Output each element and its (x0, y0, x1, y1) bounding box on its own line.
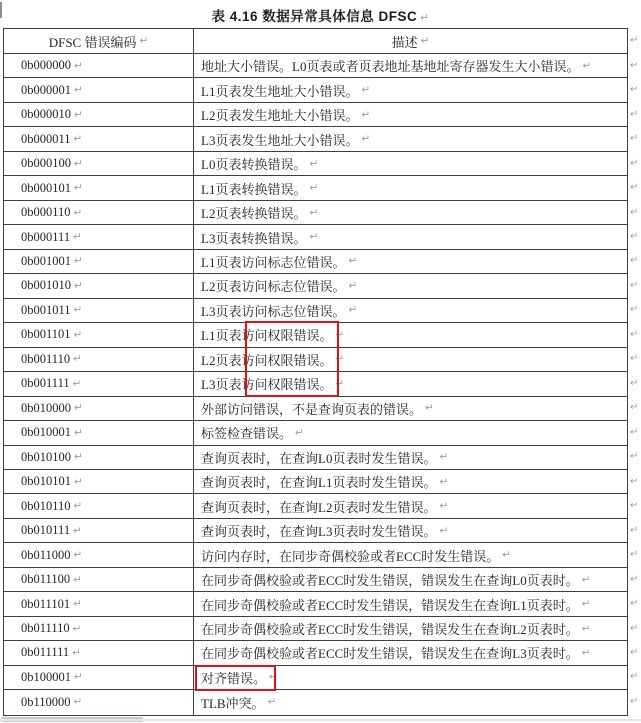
paragraph-mark: ↵ (73, 525, 82, 537)
row-end-mark: ↵ (630, 445, 641, 469)
cell-dfsc-code: 0b000010↵ (4, 103, 194, 126)
cell-dfsc-code: 0b010000↵ (4, 397, 194, 420)
paragraph-mark: ↵ (74, 60, 83, 72)
paragraph-mark: ↵ (439, 476, 448, 488)
row-end-mark: ↵ (630, 542, 641, 566)
table-row: 0b000011↵ L3页表发生地址大小错误。↵ (4, 127, 627, 151)
paragraph-mark: ↵ (74, 671, 83, 683)
cell-description: 在同步奇偶校验或者ECC时发生错误，错误发生在查询L1页表时。↵ (194, 592, 627, 615)
row-end-mark: ↵ (630, 102, 641, 126)
table-row: 0b010111↵ 查询页表时，在查询L3页表时发生错误。↵ (4, 519, 627, 543)
row-end-mark: ↵ (630, 151, 641, 175)
header-label-code: DFSC 错误编码 (49, 32, 137, 51)
table-row: 0b010000↵ 外部访问错误，不是查询页表的错误。↵ (4, 397, 627, 421)
cell-description: L2页表访问标志位错误。↵ (194, 274, 627, 297)
dfsc-code: 0b011111 (21, 645, 69, 660)
paragraph-mark: ↵ (74, 402, 83, 414)
cell-dfsc-code: 0b000000↵ (4, 54, 194, 77)
cell-description: L1页表发生地址大小错误。↵ (194, 78, 627, 101)
highlight-box-alignment-error (195, 665, 276, 691)
dfsc-code: 0b010000 (21, 401, 71, 416)
paragraph-mark: ↵ (73, 353, 82, 365)
dfsc-code: 0b010111 (21, 523, 70, 538)
cell-dfsc-code: 0b010100↵ (4, 446, 194, 469)
table-header-row: DFSC 错误编码↵ 描述↵ (4, 29, 627, 54)
header-label-description: 描述 (392, 32, 418, 51)
table-row: 0b001011↵ L3页表访问标志位错误。↵ (4, 299, 627, 323)
cell-dfsc-code: 0b001011↵ (4, 299, 194, 322)
table-row: 0b010110↵ 查询页表时，在查询L2页表时发生错误。↵ (4, 494, 627, 518)
dfsc-code: 0b001011 (21, 303, 71, 318)
cell-description: L3页表转换错误。↵ (194, 225, 627, 248)
table-row: 0b011100↵ 在同步奇偶校验或者ECC时发生错误，错误发生在查询L0页表时… (4, 568, 627, 592)
paragraph-mark: ↵ (74, 255, 83, 267)
row-end-marks-column: ↵↵↵↵↵↵↵↵↵↵↵↵↵↵↵↵↵↵↵↵↵↵↵↵↵↵↵↵ (630, 28, 641, 714)
paragraph-mark: ↵ (582, 647, 591, 659)
table-row: 0b000010↵ L2页表发生地址大小错误。↵ (4, 103, 627, 127)
table-row: 0b100001↵ 对齐错误。↵ (4, 666, 627, 690)
cell-dfsc-code: 0b000100↵ (4, 152, 194, 175)
cell-description: L2页表发生地址大小错误。↵ (194, 103, 627, 126)
table-row: 0b001001↵ L1页表访问标志位错误。↵ (4, 250, 627, 274)
dfsc-code: 0b000111 (21, 230, 70, 245)
paragraph-mark: ↵ (73, 598, 82, 610)
row-end-mark: ↵ (630, 689, 641, 713)
cell-dfsc-code: 0b011110↵ (4, 617, 194, 640)
paragraph-mark: ↵ (502, 549, 511, 561)
paragraph-mark: ↵ (309, 182, 318, 194)
row-end-mark: ↵ (630, 640, 641, 664)
paragraph-mark: ↵ (309, 207, 318, 219)
paragraph-mark: ↵ (439, 525, 448, 537)
paragraph-mark: ↵ (74, 549, 83, 561)
dfsc-description: 在同步奇偶校验或者ECC时发生错误，错误发生在查询L0页表时。 (201, 570, 579, 589)
dfsc-description: L1页表发生地址大小错误。 (201, 81, 358, 100)
paragraph-mark: ↵ (73, 623, 82, 635)
cell-dfsc-code: 0b010101↵ (4, 470, 194, 493)
dfsc-description: 标签检查错误。 (201, 423, 292, 442)
cell-description: 在同步奇偶校验或者ECC时发生错误，错误发生在查询L2页表时。↵ (194, 617, 627, 640)
cell-description: L3页表访问标志位错误。↵ (194, 299, 627, 322)
table-row: 0b000101↵ L1页表转换错误。↵ (4, 176, 627, 200)
dfsc-code: 0b001101 (21, 327, 71, 342)
paragraph-mark: ↵ (73, 231, 82, 243)
dfsc-code: 0b110000 (21, 695, 71, 710)
paragraph-mark: ↵ (73, 574, 82, 586)
dfsc-code: 0b010110 (21, 499, 71, 514)
paragraph-mark: ↵ (582, 574, 591, 586)
paragraph-mark: ↵ (74, 158, 83, 170)
row-end-mark: ↵ (630, 249, 641, 273)
paragraph-mark: ↵ (582, 598, 591, 610)
cell-dfsc-code: 0b000110↵ (4, 201, 194, 224)
page-bottom-divider (0, 719, 641, 721)
table-row: 0b010101↵ 查询页表时，在查询L1页表时发生错误。↵ (4, 470, 627, 494)
dfsc-code: 0b000101 (21, 181, 71, 196)
row-end-mark: ↵ (630, 77, 641, 101)
dfsc-description: L0页表转换错误。 (201, 154, 306, 173)
highlight-box-permission-errors (245, 321, 339, 397)
paragraph-mark: ↵ (439, 451, 448, 463)
dfsc-description: L2页表转换错误。 (201, 203, 306, 222)
paragraph-mark: ↵ (74, 207, 83, 219)
cell-description: TLB冲突。↵ (194, 690, 627, 714)
cell-description: L1页表访问标志位错误。↵ (194, 250, 627, 273)
paragraph-mark: ↵ (73, 378, 82, 390)
dfsc-code: 0b100001 (21, 670, 71, 685)
dfsc-code: 0b000010 (21, 107, 71, 122)
dfsc-description: 查询页表时，在查询L3页表时发生错误。 (201, 521, 436, 540)
table-caption-text: 表 4.16 数据异常具体信息 DFSC (211, 9, 417, 24)
dfsc-code: 0b011101 (21, 597, 70, 612)
row-end-mark: ↵ (630, 347, 641, 371)
table-row: 0b010100↵ 查询页表时，在查询L0页表时发生错误。↵ (4, 446, 627, 470)
cell-description: L2页表转换错误。↵ (194, 201, 627, 224)
paragraph-mark: ↵ (74, 133, 83, 145)
row-end-mark: ↵ (630, 126, 641, 150)
table-row: 0b000000↵ 地址大小错误。L0页表或者页表地址基地址寄存器发生大小错误。… (4, 54, 627, 78)
table-row: 0b001010↵ L2页表访问标志位错误。↵ (4, 274, 627, 298)
cell-dfsc-code: 0b001010↵ (4, 274, 194, 297)
paragraph-mark: ↵ (74, 182, 83, 194)
table-row: 0b011101↵ 在同步奇偶校验或者ECC时发生错误，错误发生在查询L1页表时… (4, 592, 627, 616)
paragraph-mark: ↵ (361, 133, 370, 145)
dfsc-description: L3页表发生地址大小错误。 (201, 130, 358, 149)
table-row: 0b011110↵ 在同步奇偶校验或者ECC时发生错误，错误发生在查询L2页表时… (4, 617, 627, 641)
dfsc-code: 0b000001 (21, 83, 71, 98)
cell-description: 地址大小错误。L0页表或者页表地址基地址寄存器发生大小错误。↵ (194, 54, 627, 77)
cell-dfsc-code: 0b010110↵ (4, 494, 194, 517)
row-end-mark: ↵ (630, 567, 641, 591)
cell-description: 在同步奇偶校验或者ECC时发生错误，错误发生在查询L3页表时。↵ (194, 641, 627, 664)
row-end-mark: ↵ (630, 322, 641, 346)
paragraph-mark: ↵ (295, 427, 304, 439)
cell-dfsc-code: 0b011101↵ (4, 592, 194, 615)
cell-dfsc-code: 0b000011↵ (4, 127, 194, 150)
cell-dfsc-code: 0b011100↵ (4, 568, 194, 591)
row-end-mark: ↵ (630, 273, 641, 297)
paragraph-mark: ↵ (74, 476, 83, 488)
cell-dfsc-code: 0b001001↵ (4, 250, 194, 273)
row-end-mark: ↵ (630, 469, 641, 493)
row-end-mark: ↵ (630, 175, 641, 199)
paragraph-mark: ↵ (268, 696, 277, 708)
cell-dfsc-code: 0b110000↵ (4, 690, 194, 714)
cell-description: L1页表转换错误。↵ (194, 176, 627, 199)
table-row: 0b110000↵ TLB冲突。↵ (4, 690, 627, 714)
table-caption: 表 4.16 数据异常具体信息 DFSC↵ (0, 5, 641, 25)
dfsc-description: 外部访问错误，不是查询页表的错误。 (201, 399, 422, 418)
cell-description: L3页表发生地址大小错误。↵ (194, 127, 627, 150)
dfsc-description: 查询页表时，在查询L0页表时发生错误。 (201, 448, 436, 467)
dfsc-code: 0b010101 (21, 474, 71, 489)
paragraph-mark: ↵ (361, 109, 370, 121)
cell-dfsc-code: 0b011000↵ (4, 543, 194, 566)
paragraph-mark: ↵ (582, 623, 591, 635)
dfsc-code: 0b001001 (21, 254, 71, 269)
dfsc-description: 在同步奇偶校验或者ECC时发生错误，错误发生在查询L1页表时。 (201, 595, 579, 614)
cell-dfsc-code: 0b000111↵ (4, 225, 194, 248)
dfsc-description: 在同步奇偶校验或者ECC时发生错误，错误发生在查询L3页表时。 (201, 643, 579, 662)
cell-description: L0页表转换错误。↵ (194, 152, 627, 175)
header-cell-code: DFSC 错误编码↵ (4, 29, 194, 53)
cell-description: 在同步奇偶校验或者ECC时发生错误，错误发生在查询L0页表时。↵ (194, 568, 627, 591)
table-row: 0b000110↵ L2页表转换错误。↵ (4, 201, 627, 225)
dfsc-description: 查询页表时，在查询L2页表时发生错误。 (201, 497, 436, 516)
dfsc-code: 0b000110 (21, 205, 71, 220)
cell-dfsc-code: 0b001101↵ (4, 323, 194, 346)
paragraph-mark: ↵ (139, 35, 148, 47)
row-end-mark: ↵ (630, 518, 641, 542)
row-end-mark: ↵ (630, 665, 641, 689)
row-end-mark: ↵ (630, 371, 641, 395)
table-row: 0b011111↵ 在同步奇偶校验或者ECC时发生错误，错误发生在查询L3页表时… (4, 641, 627, 665)
dfsc-description: 访问内存时，在同步奇偶校验或者ECC时发生错误。 (201, 546, 499, 565)
dfsc-description: L1页表转换错误。 (201, 179, 306, 198)
table-row: 0b000100↵ L0页表转换错误。↵ (4, 152, 627, 176)
table-row: 0b010001↵ 标签检查错误。↵ (4, 421, 627, 445)
row-end-mark: ↵ (630, 396, 641, 420)
paragraph-mark: ↵ (348, 255, 357, 267)
dfsc-code: 0b011100 (21, 572, 70, 587)
cell-description: 访问内存时，在同步奇偶校验或者ECC时发生错误。↵ (194, 543, 627, 566)
dfsc-code: 0b000000 (21, 58, 71, 73)
cell-description: 查询页表时，在查询L0页表时发生错误。↵ (194, 446, 627, 469)
cell-description: 查询页表时，在查询L2页表时发生错误。↵ (194, 494, 627, 517)
cell-dfsc-code: 0b001110↵ (4, 348, 194, 371)
paragraph-mark: ↵ (74, 451, 83, 463)
paragraph-mark: ↵ (74, 427, 83, 439)
paragraph-mark: ↵ (420, 12, 429, 24)
table-row: 0b000111↵ L3页表转换错误。↵ (4, 225, 627, 249)
dfsc-code: 0b000100 (21, 156, 71, 171)
document-page: 表 4.16 数据异常具体信息 DFSC↵ DFSC 错误编码↵ 描述↵ 0b0… (0, 0, 641, 723)
dfsc-description: L1页表访问标志位错误。 (201, 252, 345, 271)
dfsc-description: L2页表访问标志位错误。 (201, 276, 345, 295)
cell-dfsc-code: 0b000001↵ (4, 78, 194, 101)
paragraph-mark: ↵ (74, 304, 83, 316)
dfsc-description: L3页表访问标志位错误。 (201, 301, 345, 320)
dfsc-code: 0b011110 (21, 621, 70, 636)
row-end-mark: ↵ (630, 224, 641, 248)
dfsc-code: 0b001111 (21, 376, 70, 391)
paragraph-mark: ↵ (348, 304, 357, 316)
cell-dfsc-code: 0b100001↵ (4, 666, 194, 689)
paragraph-mark: ↵ (361, 84, 370, 96)
paragraph-mark: ↵ (421, 35, 430, 47)
row-end-mark: ↵ (630, 591, 641, 615)
dfsc-description: 地址大小错误。L0页表或者页表地址基地址寄存器发生大小错误。 (201, 56, 579, 75)
row-end-mark: ↵ (630, 616, 641, 640)
dfsc-code: 0b001010 (21, 278, 71, 293)
dfsc-code: 0b000011 (21, 132, 71, 147)
table-row: 0b011000↵ 访问内存时，在同步奇偶校验或者ECC时发生错误。↵ (4, 543, 627, 567)
paragraph-mark: ↵ (439, 500, 448, 512)
paragraph-mark: ↵ (72, 647, 81, 659)
dfsc-code: 0b010100 (21, 450, 71, 465)
paragraph-mark: ↵ (348, 280, 357, 292)
table-row: 0b000001↵ L1页表发生地址大小错误。↵ (4, 78, 627, 102)
dfsc-code: 0b010001 (21, 425, 71, 440)
dfsc-description: L2页表发生地址大小错误。 (201, 105, 358, 124)
paragraph-mark: ↵ (74, 280, 83, 292)
paragraph-mark: ↵ (74, 696, 83, 708)
dfsc-description: L3页表转换错误。 (201, 228, 306, 247)
cell-dfsc-code: 0b001111↵ (4, 372, 194, 395)
dfsc-code: 0b011000 (21, 548, 71, 563)
row-end-mark: ↵ (630, 493, 641, 517)
dfsc-description: 在同步奇偶校验或者ECC时发生错误，错误发生在查询L2页表时。 (201, 619, 579, 638)
row-end-mark: ↵ (630, 200, 641, 224)
cell-dfsc-code: 0b010111↵ (4, 519, 194, 542)
paragraph-mark: ↵ (309, 231, 318, 243)
header-cell-description: 描述↵ (194, 29, 627, 53)
cell-description: 标签检查错误。↵ (194, 421, 627, 444)
cell-description: 查询页表时，在查询L3页表时发生错误。↵ (194, 519, 627, 542)
dfsc-code: 0b001110 (21, 352, 70, 367)
paragraph-mark: ↵ (74, 84, 83, 96)
row-end-mark: ↵ (630, 298, 641, 322)
cell-description: 查询页表时，在查询L1页表时发生错误。↵ (194, 470, 627, 493)
row-end-mark: ↵ (630, 28, 641, 53)
paragraph-mark: ↵ (74, 329, 83, 341)
paragraph-mark: ↵ (582, 60, 591, 72)
dfsc-description: TLB冲突。 (201, 693, 265, 712)
paragraph-mark: ↵ (309, 158, 318, 170)
cell-description: 外部访问错误，不是查询页表的错误。↵ (194, 397, 627, 420)
row-end-mark: ↵ (630, 420, 641, 444)
row-end-mark: ↵ (630, 53, 641, 77)
cell-dfsc-code: 0b010001↵ (4, 421, 194, 444)
cell-dfsc-code: 0b000101↵ (4, 176, 194, 199)
paragraph-mark: ↵ (74, 500, 83, 512)
paragraph-mark: ↵ (425, 402, 434, 414)
dfsc-description: 查询页表时，在查询L1页表时发生错误。 (201, 472, 436, 491)
cell-dfsc-code: 0b011111↵ (4, 641, 194, 664)
paragraph-mark: ↵ (74, 109, 83, 121)
